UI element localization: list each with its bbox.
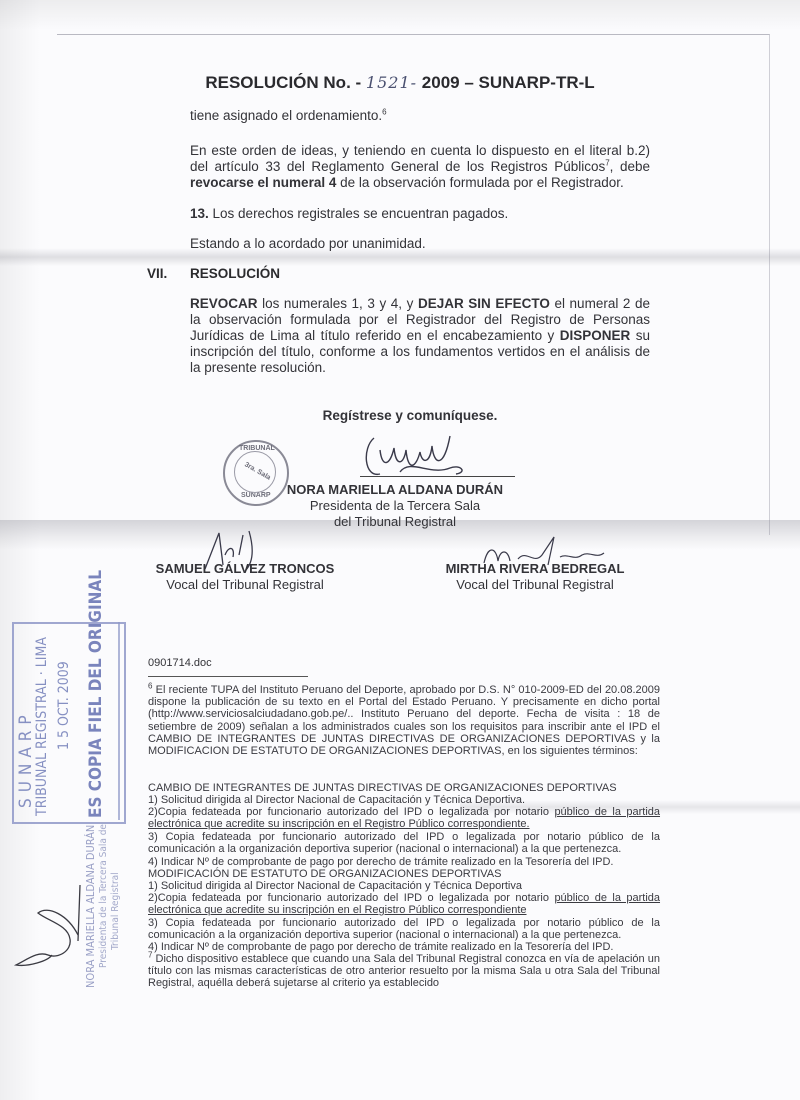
scanned-page: RESOLUCIÓN No. - 1521- 2009 – SUNARP-TR-…: [0, 0, 800, 1100]
stamp-tribunal: TRIBUNAL REGISTRAL · LIMA: [34, 637, 50, 816]
stamp-sig-role: Tribunal Registral: [110, 872, 121, 950]
footnote-ref: 6: [382, 108, 386, 117]
footnote-text: 2)Copia fedateada por funcionario autori…: [148, 806, 554, 818]
requirement-item: 2)Copia fedateada por funcionario autori…: [148, 806, 660, 830]
paragraph-text: los numerales 1, 3 y 4, y: [258, 296, 418, 311]
signature-line: [360, 476, 515, 477]
requirement-item: 4) Indicar Nº de comprobante de pago por…: [148, 941, 660, 953]
requirement-item: 1) Solicitud dirigida al Director Nacion…: [148, 794, 660, 806]
footnote-text: Dicho dispositivo establece que cuando u…: [148, 953, 660, 989]
bold-text: revocarse el numeral 4: [190, 175, 336, 190]
seal-text: 3ra. Sala: [243, 461, 271, 481]
paragraph-ordering: tiene asignado el ordenamiento.6: [190, 108, 387, 124]
signatory-name: SAMUEL GÁLVEZ TRONCOS: [150, 561, 340, 576]
footnote-text: 2)Copia fedateada por funcionario autori…: [148, 892, 554, 904]
handwritten-number: 1521-: [366, 73, 417, 92]
stamp-sig-role: Presidenta de la Tercera Sala del: [98, 822, 109, 968]
footnote-7: 7 Dicho dispositivo establece que cuando…: [148, 953, 660, 990]
title-suffix: 2009 – SUNARP-TR-L: [422, 73, 595, 92]
signatory-name: NORA MARIELLA ALDANA DURÁN: [280, 482, 510, 497]
paragraph-unanimity: Estando a lo acordado por unanimidad.: [190, 236, 426, 252]
requirement-item: 4) Indicar Nº de comprobante de pago por…: [148, 856, 660, 868]
section-title: RESOLUCIÓN: [190, 266, 280, 281]
resolution-title: RESOLUCIÓN No. - 1521- 2009 – SUNARP-TR-…: [0, 73, 800, 93]
file-reference: 0901714.doc: [148, 655, 212, 671]
footnote-6: 6 El reciente TUPA del Instituto Peruano…: [148, 684, 660, 757]
paragraph-fees-paid: 13. Los derechos registrales se encuentr…: [190, 206, 508, 222]
seal-text: SUNARP: [241, 492, 271, 499]
paragraph-number: 13.: [190, 206, 209, 221]
signatory-name: MIRTHA RIVERA BEDREGAL: [430, 561, 640, 576]
section-number: VII.: [147, 266, 167, 281]
stamp-divider: [118, 622, 120, 820]
stamp-sig-name: NORA MARIELLA ALDANA DURÁN: [84, 825, 97, 988]
signature-president: [360, 428, 520, 488]
stamp-sunarp: SUNARP: [16, 709, 36, 808]
resolution-paragraph: REVOCAR los numerales 1, 3 y 4, y DEJAR …: [190, 296, 650, 376]
signatory-role: del Tribunal Registral: [290, 514, 500, 529]
stamp-date: 1 5 OCT. 2009: [56, 661, 72, 750]
closing-line: Regístrese y comuníquese.: [300, 408, 520, 423]
paragraph-text: Los derechos registrales se encuentran p…: [209, 206, 508, 221]
requirement-item: 2)Copia fedateada por funcionario autori…: [148, 892, 660, 916]
seal-text: TRIBUNAL: [239, 445, 275, 452]
requirement-item: 3) Copia fedateada por funcionario autor…: [148, 917, 660, 941]
paragraph-text: En este orden de ideas, y teniendo en cu…: [190, 143, 650, 174]
paragraph-text: de la observación formulada por el Regis…: [336, 175, 623, 190]
paragraph-text: tiene asignado el ordenamiento.: [190, 108, 382, 123]
signatory-role: Vocal del Tribunal Registral: [150, 577, 340, 592]
requirement-item: 1) Solicitud dirigida al Director Nacion…: [148, 880, 660, 892]
bold-text: DISPONER: [560, 328, 631, 343]
requirement-item: 3) Copia fedateada por funcionario autor…: [148, 831, 660, 855]
stamp-certify: ES COPIA FIEL DEL ORIGINAL: [86, 570, 106, 818]
title-prefix: RESOLUCIÓN No. -: [205, 73, 361, 92]
signatory-role: Vocal del Tribunal Registral: [430, 577, 640, 592]
signatory-role: Presidenta de la Tercera Sala: [290, 498, 500, 513]
paragraph-text: Estando a lo acordado por unanimidad.: [190, 236, 426, 251]
paragraph-text: , debe: [610, 159, 650, 174]
bold-text: REVOCAR: [190, 296, 258, 311]
footnote-separator: [148, 676, 308, 677]
footnote-heading: CAMBIO DE INTEGRANTES DE JUNTAS DIRECTIV…: [148, 782, 660, 794]
paragraph-revoke-4: En este orden de ideas, y teniendo en cu…: [190, 143, 650, 191]
footnote-heading: MODIFICACIÓN DE ESTATUTO DE ORGANIZACION…: [148, 868, 660, 880]
bold-text: DEJAR SIN EFECTO: [418, 296, 550, 311]
signature-certifier: [8, 855, 88, 975]
footnote-text: El reciente TUPA del Instituto Peruano d…: [148, 684, 660, 757]
